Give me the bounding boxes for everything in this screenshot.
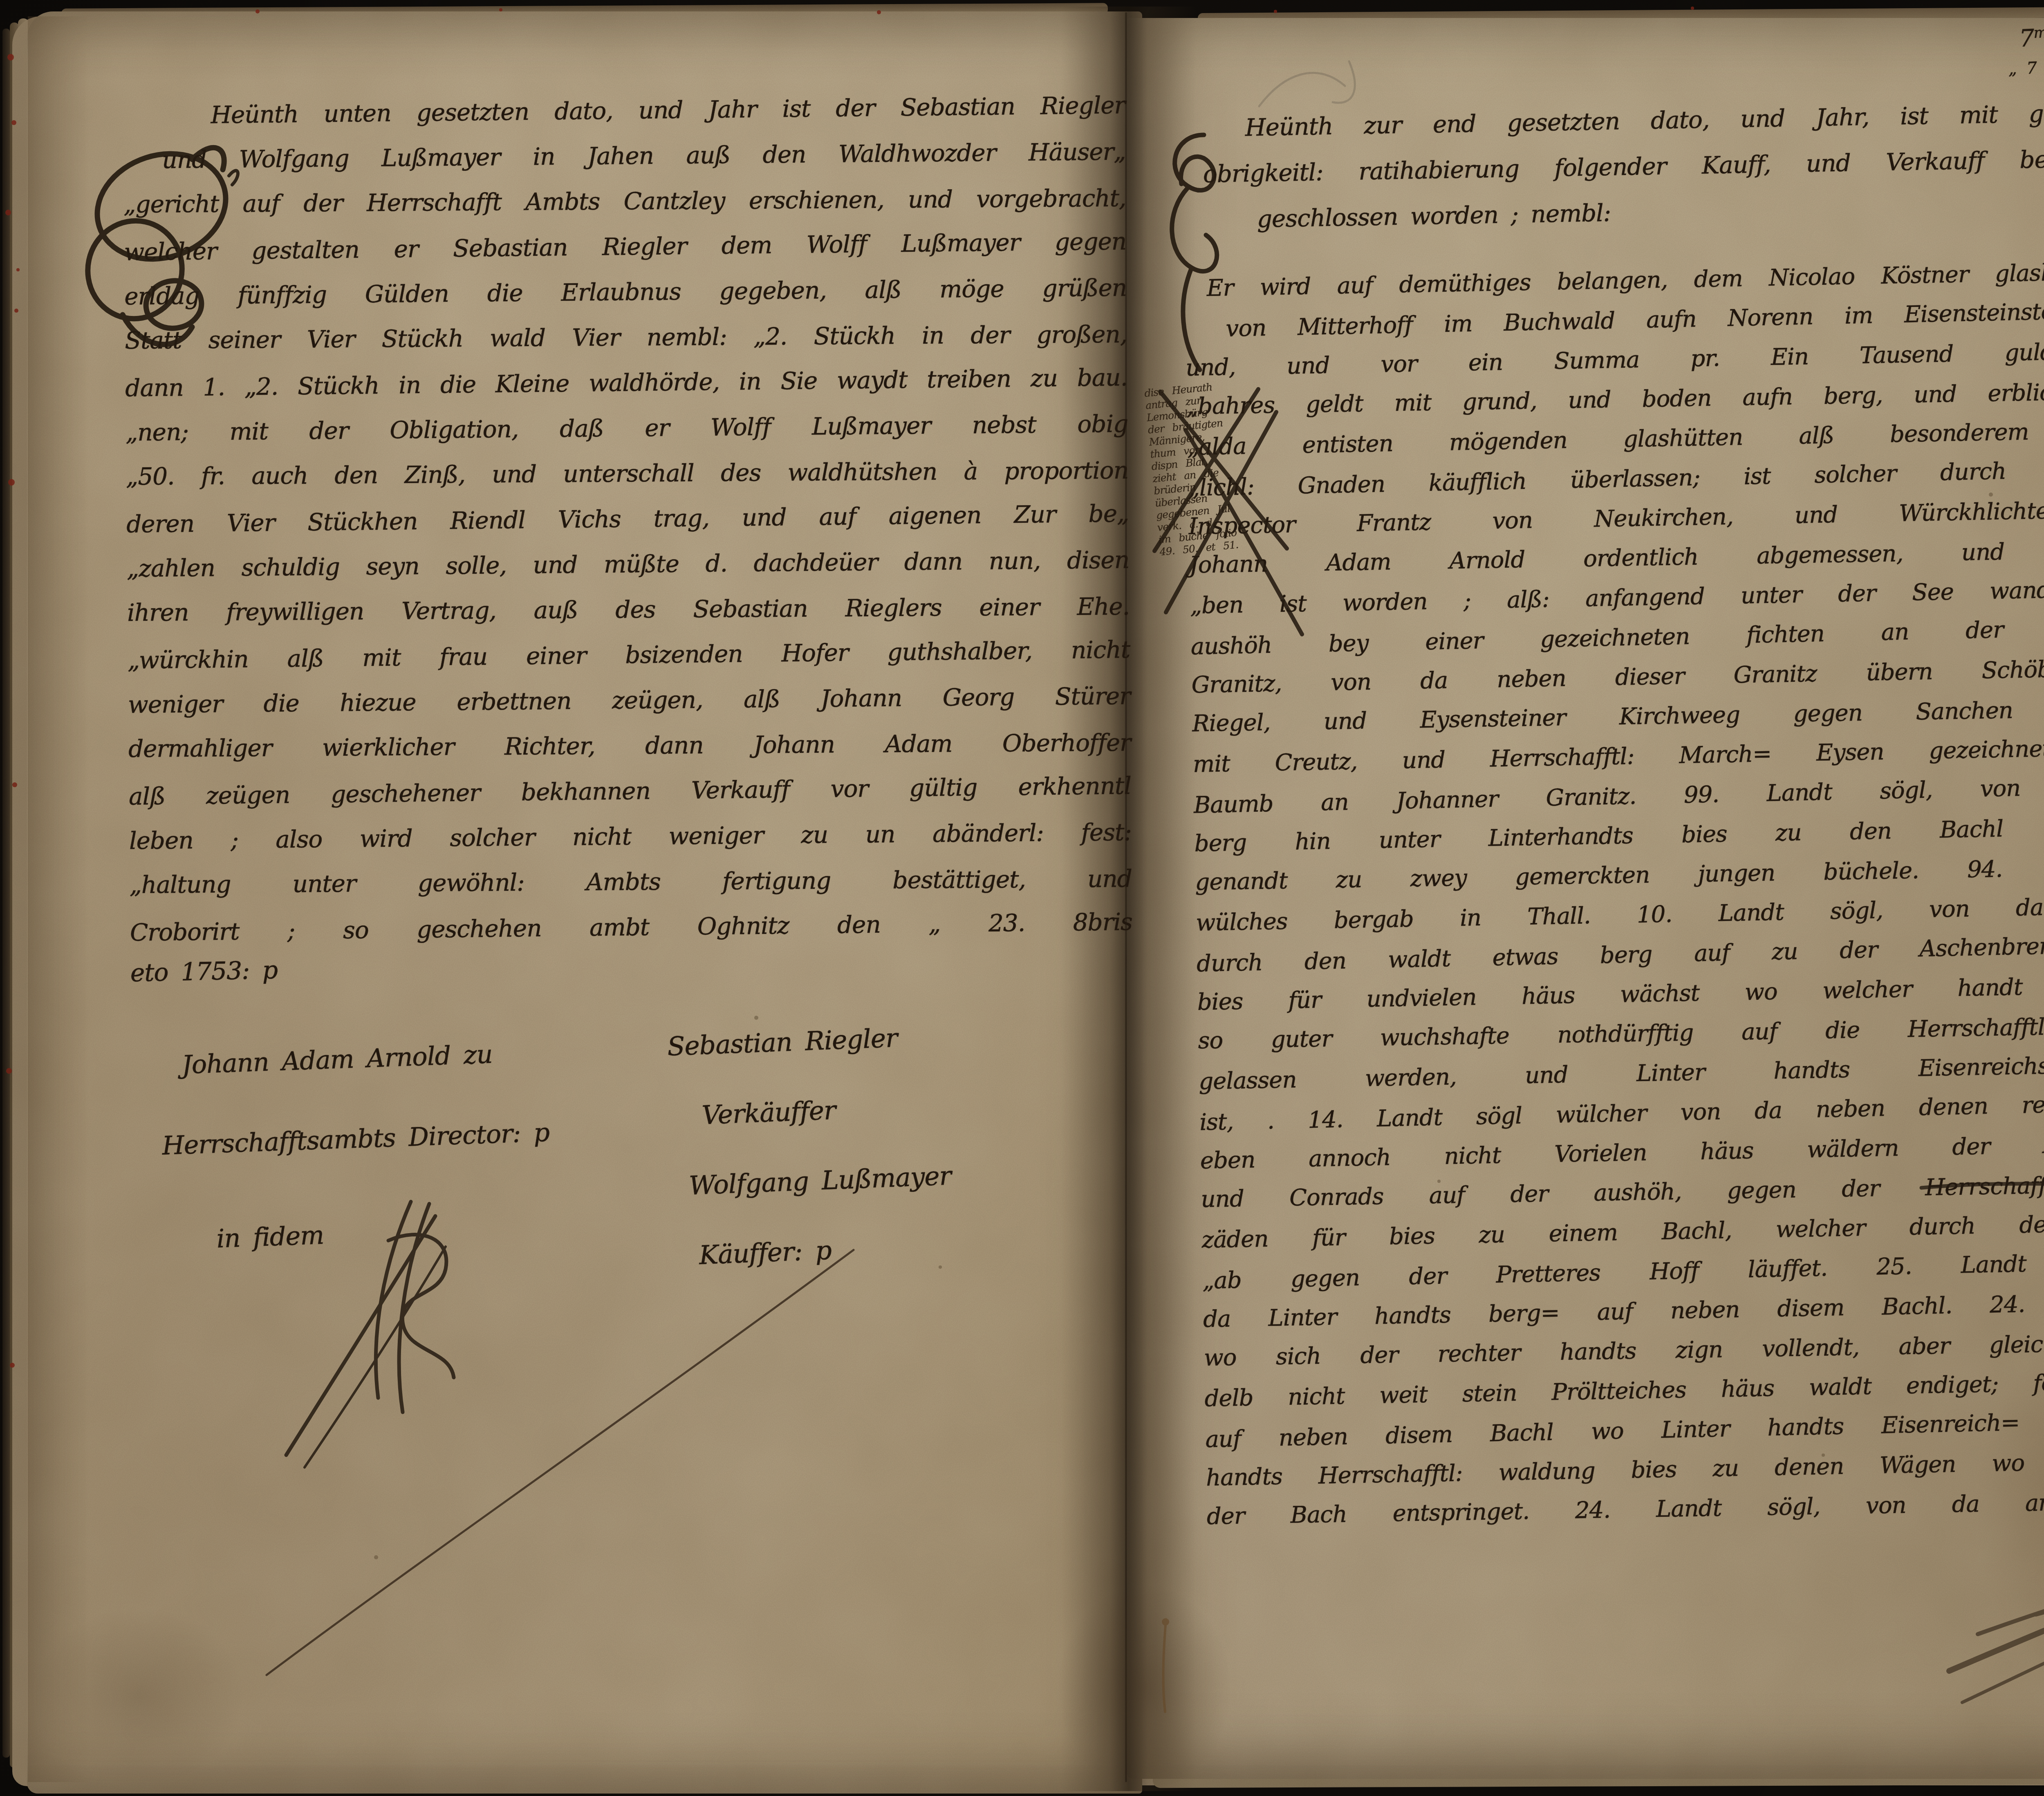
handwritten-line: „haltung unter gewöhnl: Ambts fertigung … <box>130 856 1132 908</box>
signature-line: Wolfgang Lußmayer <box>688 1141 953 1220</box>
signature-line: Verkäuffer <box>701 1071 950 1150</box>
folio-number: 7mo <box>2019 23 2044 52</box>
folio-ditto-marks: „ 7 „ <box>2008 58 2044 78</box>
page-stack-edge <box>2 29 10 1758</box>
folio-superscript: mo <box>2033 24 2044 41</box>
handwritten-line: „50. fr. auch den Zinß, und unterschall … <box>126 448 1129 499</box>
left-page-paragraph: Heünth unten gesetzten dato, und Jahr is… <box>123 84 1132 954</box>
handwritten-line: dermahliger wierklicher Richter, dann Jo… <box>128 720 1131 772</box>
handwritten-line: ihren freywilligen Vertrag, auß des Seba… <box>127 584 1130 636</box>
folio-digit: 7 <box>2019 24 2034 52</box>
signature-line: Herrschafftsambts Director: p <box>161 1092 551 1186</box>
signature-line: Käuffer: p <box>698 1211 955 1290</box>
signature-line: in fidem <box>215 1187 554 1279</box>
signature-line: Johann Adam Arnold zu <box>180 1012 548 1105</box>
signature-line: Sebastian Riegler <box>666 1001 947 1082</box>
manuscript-book-spread: Heünth unten gesetzten dato, und Jahr is… <box>0 0 2044 1796</box>
margin-note-crossed-out: dise Heurath antrag zur Lemonsbürg der b… <box>1144 374 1297 558</box>
right-page-paragraph: Er wird auf demüthiges belangen, dem Nic… <box>1184 250 2044 1537</box>
signature-block-official: Johann Adam Arnold zu Herrschafftsambts … <box>180 1012 554 1280</box>
date-line: eto 1753: p <box>130 956 278 988</box>
right-page-heading: Heünth zur end gesetzten dato, und Jahr,… <box>1202 88 2044 243</box>
handwritten-line: Statt seiner Vier Stückh wald Vier nembl… <box>125 312 1127 363</box>
handwritten-line: „gericht auf der Herrschafft Ambts Cantz… <box>123 176 1126 227</box>
signature-block-parties: Sebastian Riegler Verkäuffer Wolfgang Lu… <box>666 1001 955 1291</box>
